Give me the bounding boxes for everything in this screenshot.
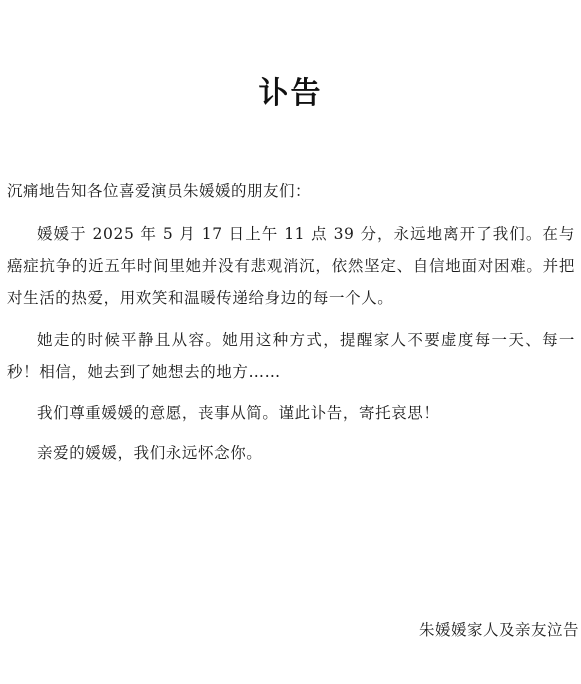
paragraph-2: 她走的时候平静且从容。她用这种方式，提醒家人不要虚度每一天、每一秒！相信，她去到… (7, 324, 575, 388)
document-title: 讣告 (0, 68, 581, 112)
signature: 朱媛媛家人及亲友泣告 (419, 618, 579, 640)
paragraph-4: 亲爱的媛媛，我们永远怀念你。 (7, 437, 575, 469)
paragraph-1: 媛媛于 2025 年 5 月 17 日上午 11 点 39 分，永远地离开了我们… (7, 218, 575, 314)
salutation: 沉痛地告知各位喜爱演员朱媛媛的朋友们： (7, 179, 311, 201)
paragraph-3: 我们尊重媛媛的意愿，丧事从简。谨此讣告，寄托哀思！ (7, 397, 575, 429)
